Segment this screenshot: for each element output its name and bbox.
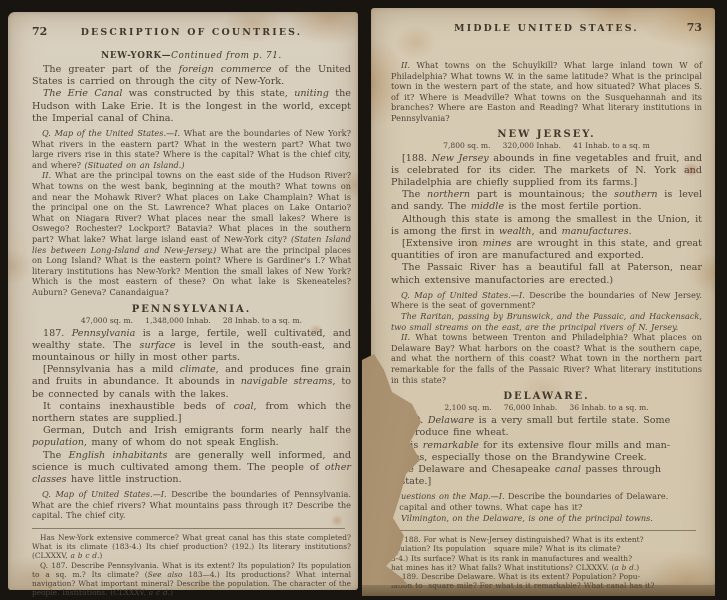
left-page-header: 72 DESCRIPTION OF COUNTRIES. <box>32 25 351 38</box>
paragraph-iron-mines: [Extensive iron mines are wrought in thi… <box>391 238 702 262</box>
paragraph-189-delaware: 189. Delaware is a very small but fertil… <box>391 415 702 439</box>
question-wilmington: Vilmington, on the Delaware, is one of t… <box>391 513 702 524</box>
paragraph-passaic-river: The Passaic River has a beautiful fall a… <box>391 262 702 286</box>
question-raritan-rivers: The Raritan, passing by Brunswick, and t… <box>391 311 702 332</box>
stats-pennsylvania: 47,000 sq. m. 1,348,000 Inhab. 28 Inhab.… <box>32 316 351 325</box>
stats-delaware: 2,100 sq. m. 76,000 Inhab. 36 Inhab. to … <box>391 403 702 412</box>
paragraph-northern-part: The northern part is mountainous; the so… <box>391 189 702 213</box>
right-page-number: 73 <box>687 21 702 34</box>
question-map-pennsylvania: Q. Map of United States.—I. Describe the… <box>32 489 351 521</box>
state-heading-new-jersey: NEW JERSEY. <box>391 129 702 140</box>
left-page: 72 DESCRIPTION OF COUNTRIES. NEW-YORK—Co… <box>8 12 358 590</box>
paragraph-foreign-commerce: The greater part of the foreign commerce… <box>32 64 351 88</box>
question-ii-new-york: II. What are the principal towns on the … <box>32 170 351 297</box>
state-heading-pennsylvania: PENNSYLVANIA. <box>32 304 351 315</box>
right-page-header: MIDDLE UNITED STATES. 73 <box>391 21 702 34</box>
left-page-number: 72 <box>32 25 47 38</box>
question-ii-trenton: II. What towns between Trenton and Phila… <box>391 332 702 385</box>
footnote-rule <box>32 528 345 529</box>
right-page-title: MIDDLE UNITED STATES. <box>454 23 639 34</box>
footnote-q188-q189: . 188. For what is New-Jersey distinguis… <box>391 535 702 590</box>
paragraph-pennsylvania-climate: [Pennsylvania has a mild climate, and pr… <box>32 364 351 401</box>
paragraph-187-pennsylvania: 187. Pennsylvania is a large, fertile, w… <box>32 328 351 365</box>
paragraph-english-inhabitants: The English inhabitants are generally we… <box>32 450 351 487</box>
state-heading-delaware: DELAWARE. <box>391 391 702 402</box>
question-map-delaware: uestions on the Map.—I. Describe the bou… <box>391 491 702 512</box>
right-page: MIDDLE UNITED STATES. 73 II. What towns … <box>371 8 715 585</box>
paragraph-coal: It contains inexhaustible beds of coal, … <box>32 401 351 425</box>
footnote-new-york: Has New-York extensive commerce? What gr… <box>32 533 351 561</box>
paragraph-erie-canal: The Erie Canal was constructed by this s… <box>32 88 351 125</box>
footnote-q187: Q. 187. Describe Pennsylvania. What is i… <box>32 561 351 598</box>
paragraph-emigrants: German, Dutch and Irish emigrants form n… <box>32 425 351 449</box>
question-map-new-jersey: Q. Map of United States.—I. Describe the… <box>391 290 702 311</box>
footnote-rule <box>391 530 696 531</box>
question-map-new-york: Q. Map of the United States.—I. What are… <box>32 128 351 170</box>
left-page-title: DESCRIPTION OF COUNTRIES. <box>81 27 303 38</box>
paragraph-flour-mills: t is remarkable for its extensive flour … <box>391 440 702 464</box>
paragraph-smallest-union: Although this state is among the smalles… <box>391 214 702 238</box>
question-ii-schuylkill: II. What towns on the Schuylkill? What l… <box>391 60 702 124</box>
section-heading-new-york: NEW-YORK—Continued from p. 71. <box>32 51 351 61</box>
paragraph-chesapeake-canal: he Delaware and Chesapeake canal passes … <box>391 464 702 488</box>
stats-new-jersey: 7,800 sq. m. 320,000 Inhab. 41 Inhab. to… <box>391 141 702 150</box>
paragraph-188-new-jersey: [188. New Jersey abounds in fine vegetab… <box>391 153 702 190</box>
